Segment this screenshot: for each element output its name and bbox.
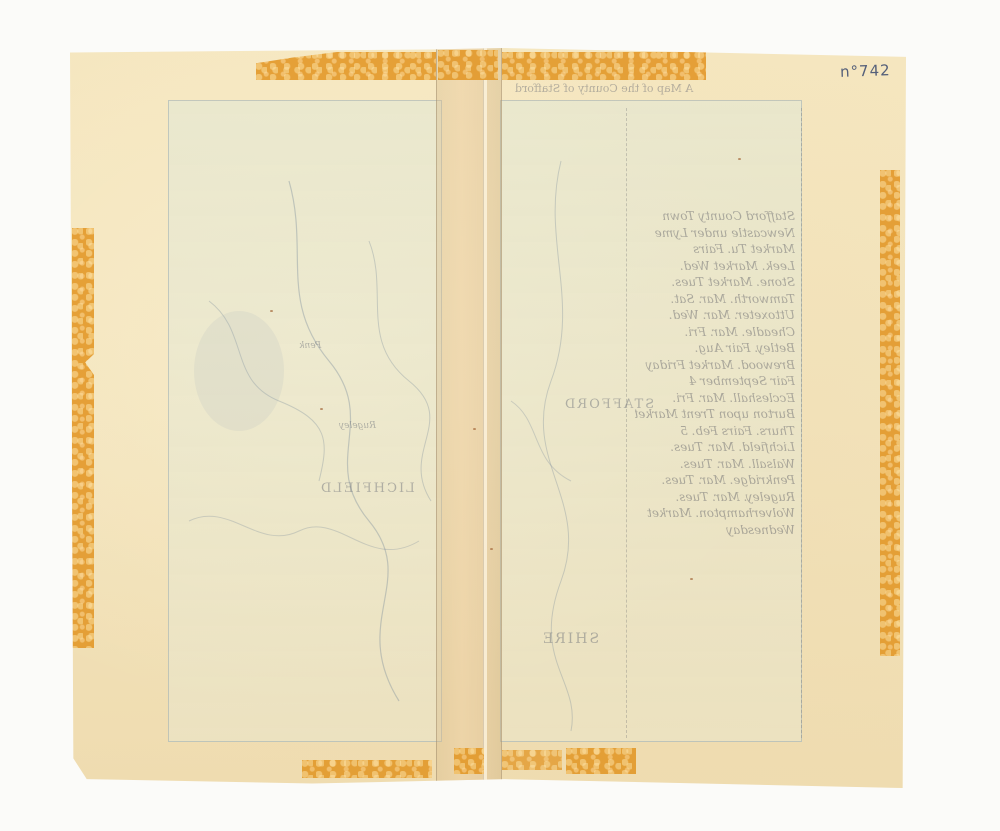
text-line: Wolverhampton. Market	[635, 505, 795, 522]
text-line: Thurs. Fairs Feb. 5	[635, 423, 795, 440]
text-line: Lichfield. Mar. Tues.	[635, 439, 795, 456]
text-line: Market Tu. Fairs	[635, 241, 795, 258]
show-through-text-column: Stafford County Town Newcastle under Lym…	[626, 108, 802, 738]
text-line: Burton upon Trent Market	[635, 406, 795, 423]
foxing-speck	[490, 548, 493, 550]
stain-bottom-right	[566, 748, 636, 774]
text-line: Newcastle under Lyme	[635, 225, 795, 242]
text-line: Stone. Market Tues.	[635, 274, 795, 291]
ghost-label-shire: SHIRE	[541, 631, 599, 647]
left-map-panel: LICHFIELD Rugeley Penk	[168, 100, 442, 742]
ghost-label-lichfield: LICHFIELD	[319, 481, 415, 496]
text-line: Fair September 4	[635, 373, 795, 390]
ghost-label-rugeley: Rugeley	[339, 421, 376, 431]
text-line: Cheadle. Mar. Fri.	[635, 324, 795, 341]
ghost-label-penk: Penk	[299, 341, 321, 351]
text-line: Uttoxeter. Mar. Wed.	[635, 307, 795, 324]
foxing-speck	[690, 578, 693, 580]
stain-bottom-fold	[454, 748, 484, 774]
stain-right-edge	[880, 170, 900, 656]
stain-bottom-mid	[502, 750, 562, 770]
foxing-speck	[738, 158, 741, 160]
text-line: Tamworth. Mar. Sat.	[635, 291, 795, 308]
ghost-header: A Map of the County of Stafford	[515, 82, 693, 95]
map-sheet-verso: LICHFIELD Rugeley Penk STAFFORD SHIRE A …	[70, 48, 906, 788]
center-fold-strip	[436, 48, 502, 788]
text-line: Stafford County Town	[635, 208, 795, 225]
map-show-through-lines	[169, 101, 441, 741]
text-line: Betley. Fair Aug.	[635, 340, 795, 357]
foxing-speck	[473, 428, 476, 430]
fold-crease	[483, 48, 487, 788]
text-line: Penkridge. Mar. Tues.	[635, 472, 795, 489]
foxing-speck	[270, 310, 273, 312]
stain-top-left	[256, 52, 436, 80]
text-line: Brewood. Market Friday	[635, 357, 795, 374]
text-line: Leek. Market Wed.	[635, 258, 795, 275]
stain-top-right	[502, 52, 706, 80]
stain-bottom-left	[302, 760, 432, 778]
text-line: Eccleshall. Mar. Fri.	[635, 390, 795, 407]
stain-left-edge	[72, 228, 94, 648]
text-line: Walsall. Mar. Tues.	[635, 456, 795, 473]
foxing-speck	[320, 408, 323, 410]
stain-top-fold	[438, 50, 498, 80]
text-line: Rugeley. Mar. Tues.	[635, 489, 795, 506]
pencil-inventory-note: n°742	[840, 61, 891, 81]
text-line: Wednesday	[635, 522, 795, 539]
